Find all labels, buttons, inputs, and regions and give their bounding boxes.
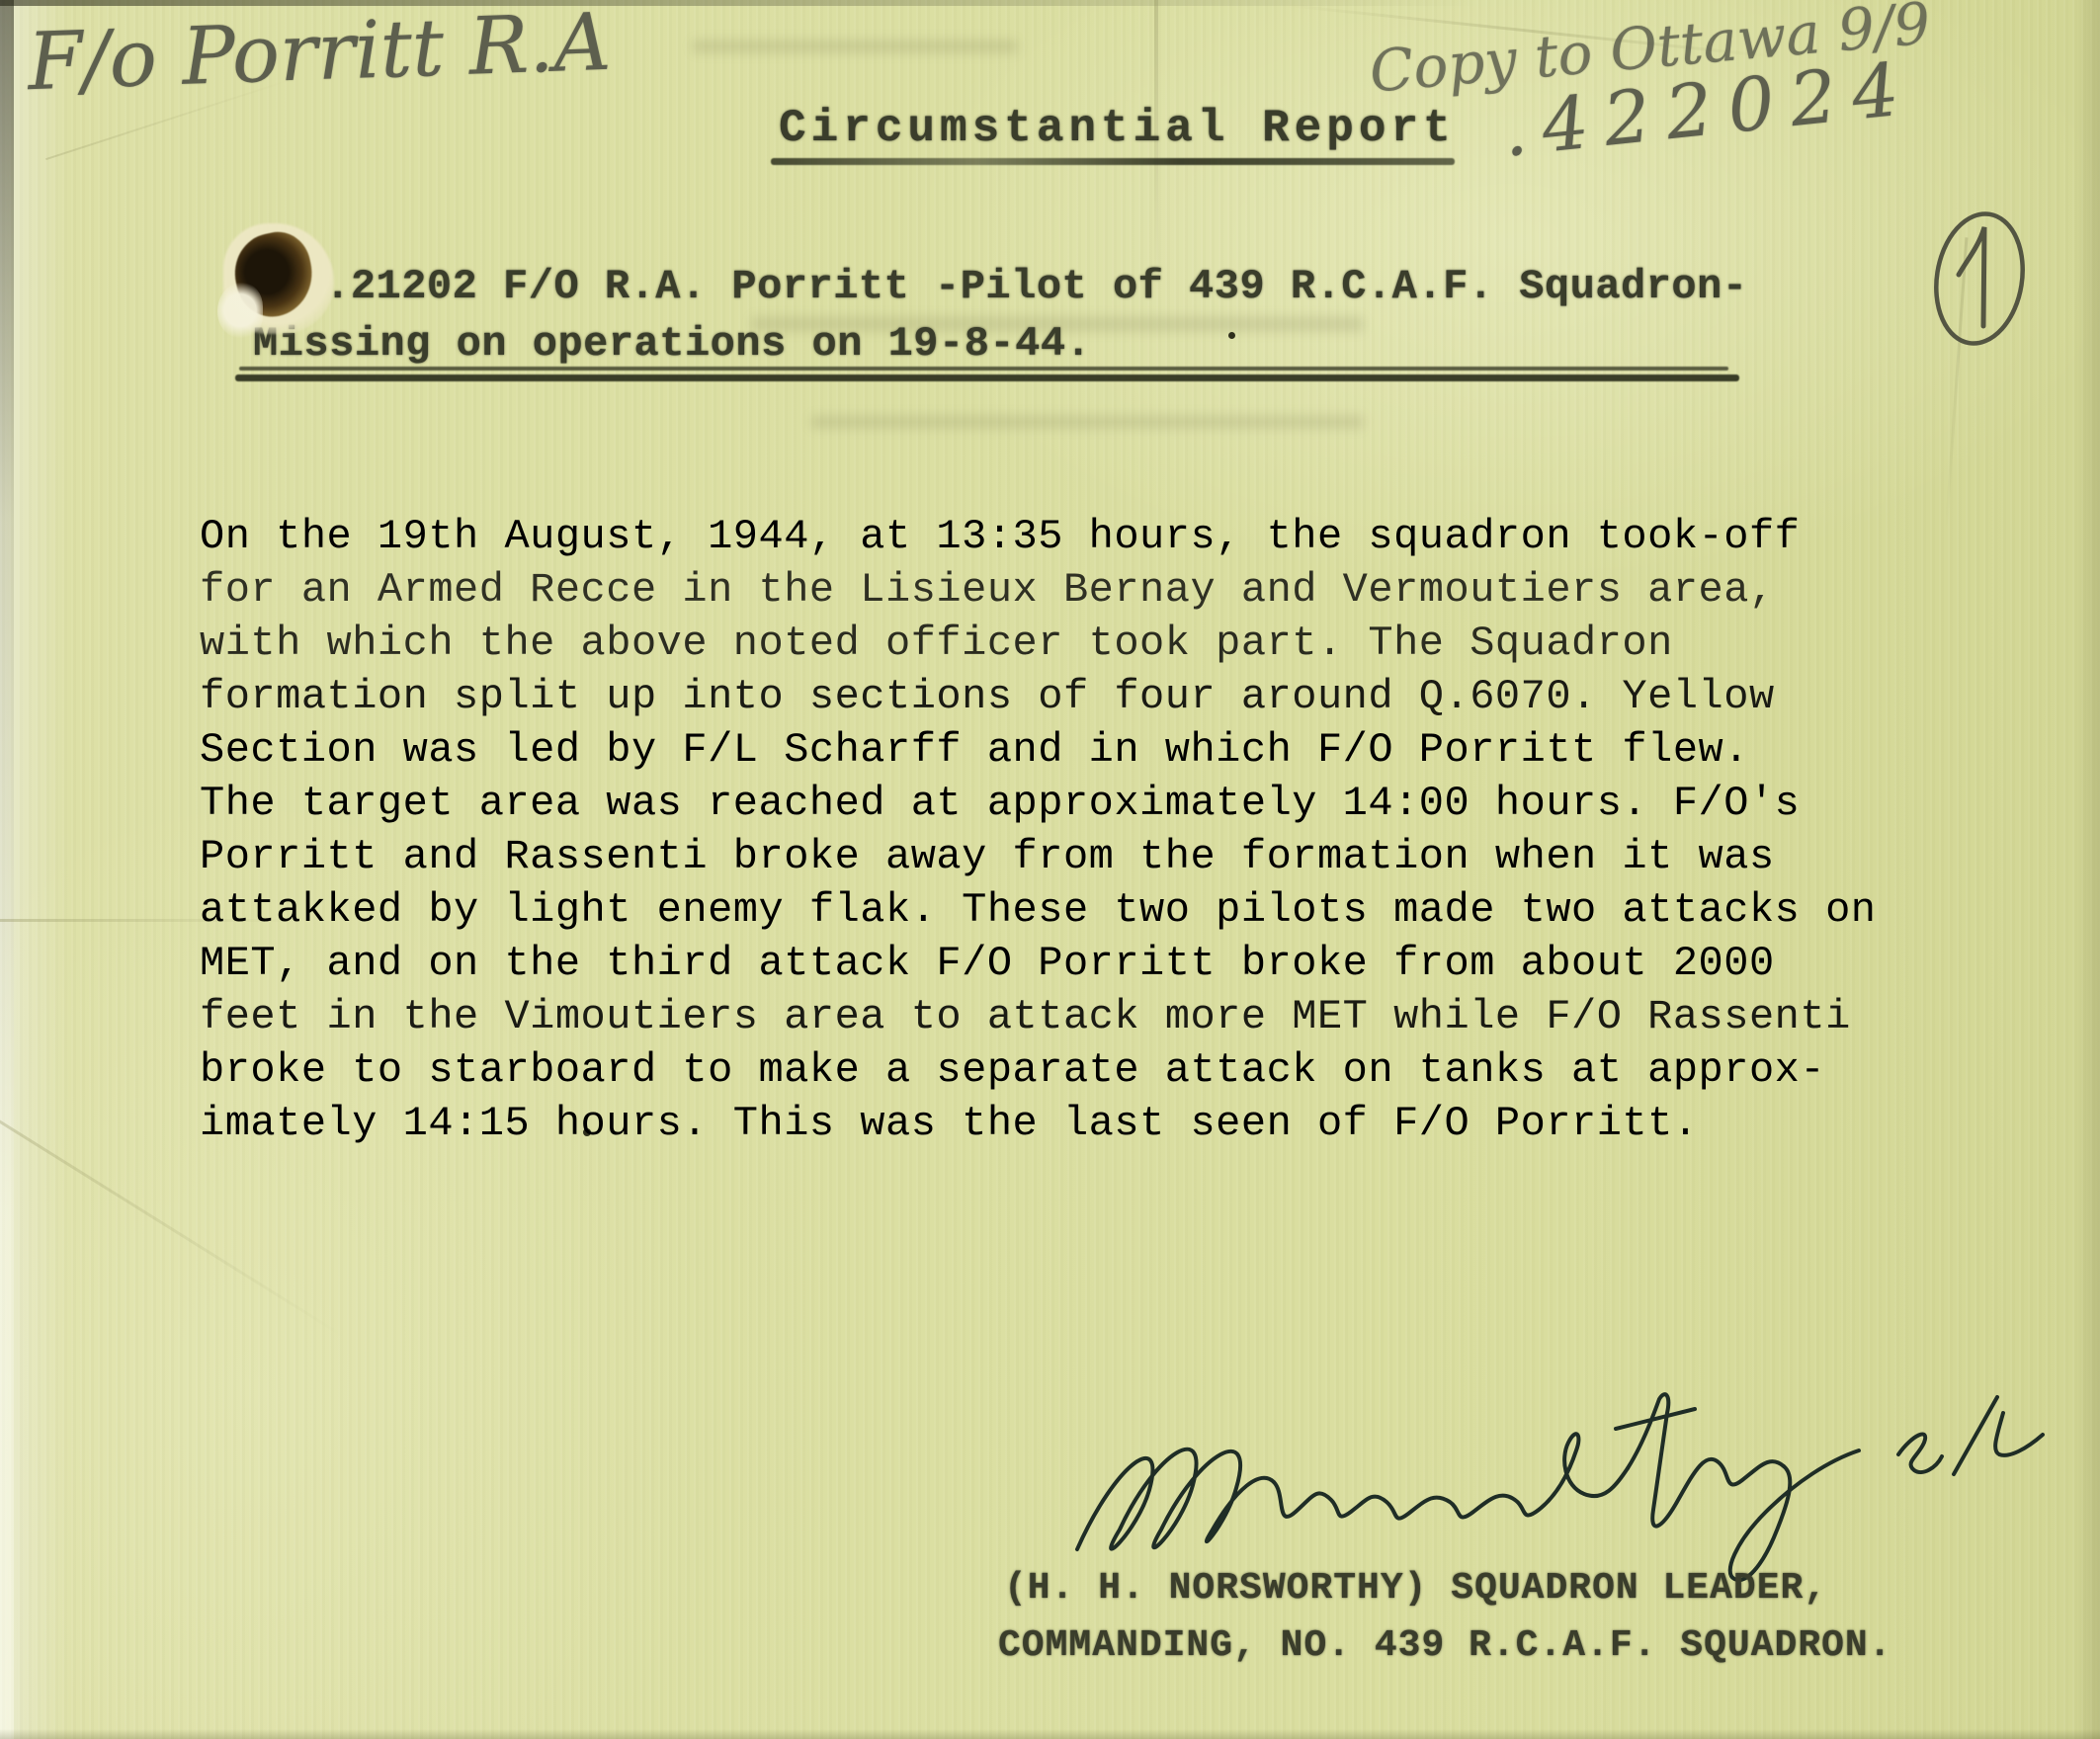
scan-edge-bottom xyxy=(0,1729,2100,1739)
body-line: feet in the Vimoutiers area to attack mo… xyxy=(200,990,1876,1043)
body-line: MET, and on the third attack F/O Porritt… xyxy=(200,937,1876,990)
title-underline xyxy=(771,158,1455,165)
body-line: broke to starboard to make a separate at… xyxy=(200,1043,1876,1097)
subject-underline xyxy=(235,367,1739,382)
body-line: attakked by light enemy flak. These two … xyxy=(200,883,1876,937)
scan-edge-right xyxy=(2074,0,2100,1739)
scan-edge-top xyxy=(0,0,1482,6)
ink-bleedthrough xyxy=(692,40,1018,53)
subject-line-1: d.J.21202 F/O R.A. Porritt -Pilot of 439… xyxy=(249,263,1748,310)
scan-edge-left xyxy=(0,0,14,1739)
body-line: Porritt and Rassenti broke away from the… xyxy=(200,830,1876,883)
body-line: for an Armed Recce in the Lisieux Bernay… xyxy=(200,563,1876,617)
document-page: F/o Porritt R.A Copy to Ottawa 9/9 .4220… xyxy=(0,0,2100,1739)
handwritten-name-note: F/o Porritt R.A xyxy=(27,0,613,108)
report-title: Circumstantial Report xyxy=(779,103,1456,154)
body-line: The target area was reached at approxima… xyxy=(200,777,1876,830)
body-line: imately 14:15 hours. This was the last s… xyxy=(200,1097,1876,1150)
signature-typed-name: (H. H. NORSWORTHY) SQUADRON LEADER, xyxy=(1004,1567,1827,1610)
body-line: Section was led by F/L Scharff and in wh… xyxy=(200,723,1876,777)
ink-bleedthrough xyxy=(810,415,1364,429)
signature-typed-title: COMMANDING, NO. 439 R.C.A.F. SQUADRON. xyxy=(998,1624,1892,1667)
body-line: formation split up into sections of four… xyxy=(200,670,1876,723)
subject-line-2: Missing on operations on 19-8-44. xyxy=(253,320,1091,368)
body-line: On the 19th August, 1944, at 13:35 hours… xyxy=(200,510,1876,563)
handwritten-page-number xyxy=(1925,198,2034,356)
body-line: with which the above noted officer took … xyxy=(200,617,1876,670)
body-paragraph: On the 19th August, 1944, at 13:35 hours… xyxy=(200,510,1876,1150)
paper-speck xyxy=(1228,332,1235,339)
